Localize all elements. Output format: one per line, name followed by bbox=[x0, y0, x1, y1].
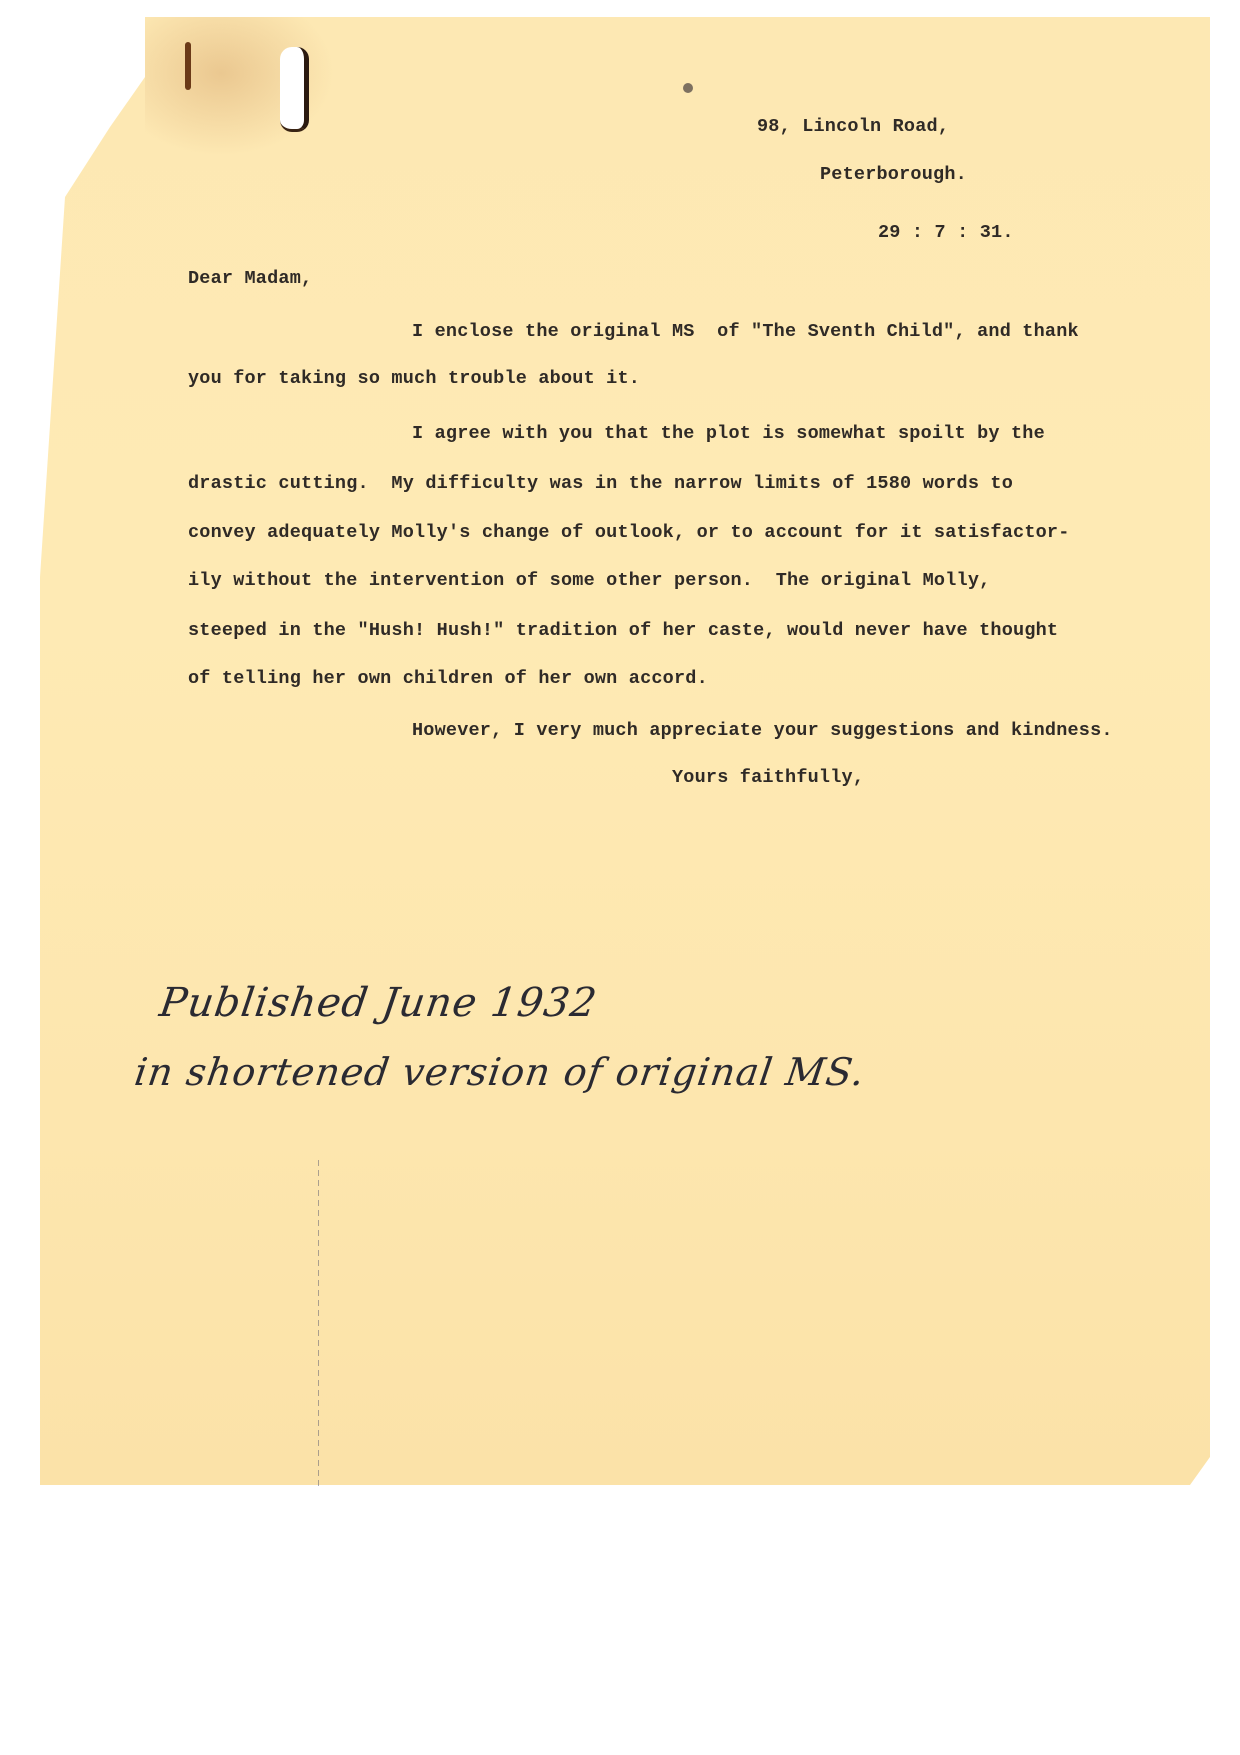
letter-date: 29 : 7 : 31. bbox=[878, 222, 1014, 243]
handwritten-note-line-1: Published June 1932 bbox=[157, 980, 600, 1026]
salutation: Dear Madam, bbox=[188, 268, 312, 289]
body-line-3: I agree with you that the plot is somewh… bbox=[412, 423, 1045, 444]
handwritten-note-line-2: in shortened version of original MS. bbox=[132, 1050, 868, 1094]
body-line-8: of telling her own children of her own a… bbox=[188, 668, 708, 689]
body-line-5: convey adequately Molly's change of outl… bbox=[188, 522, 1070, 543]
letter-paper bbox=[40, 17, 1210, 1485]
closing: Yours faithfully, bbox=[672, 767, 864, 788]
address-line-1: 98, Lincoln Road, bbox=[757, 116, 949, 137]
fold-crease bbox=[318, 1160, 319, 1490]
body-line-4: drastic cutting. My difficulty was in th… bbox=[188, 473, 1013, 494]
tear-mark bbox=[185, 42, 191, 90]
body-line-9: However, I very much appreciate your sug… bbox=[412, 720, 1113, 741]
punch-hole bbox=[280, 47, 309, 132]
address-line-2: Peterborough. bbox=[820, 164, 967, 185]
body-line-6: ily without the intervention of some oth… bbox=[188, 570, 990, 591]
body-line-1: I enclose the original MS of "The Sventh… bbox=[412, 321, 1079, 342]
body-line-7: steeped in the "Hush! Hush!" tradition o… bbox=[188, 620, 1058, 641]
ink-speck bbox=[683, 83, 693, 93]
body-line-2: you for taking so much trouble about it. bbox=[188, 368, 640, 389]
